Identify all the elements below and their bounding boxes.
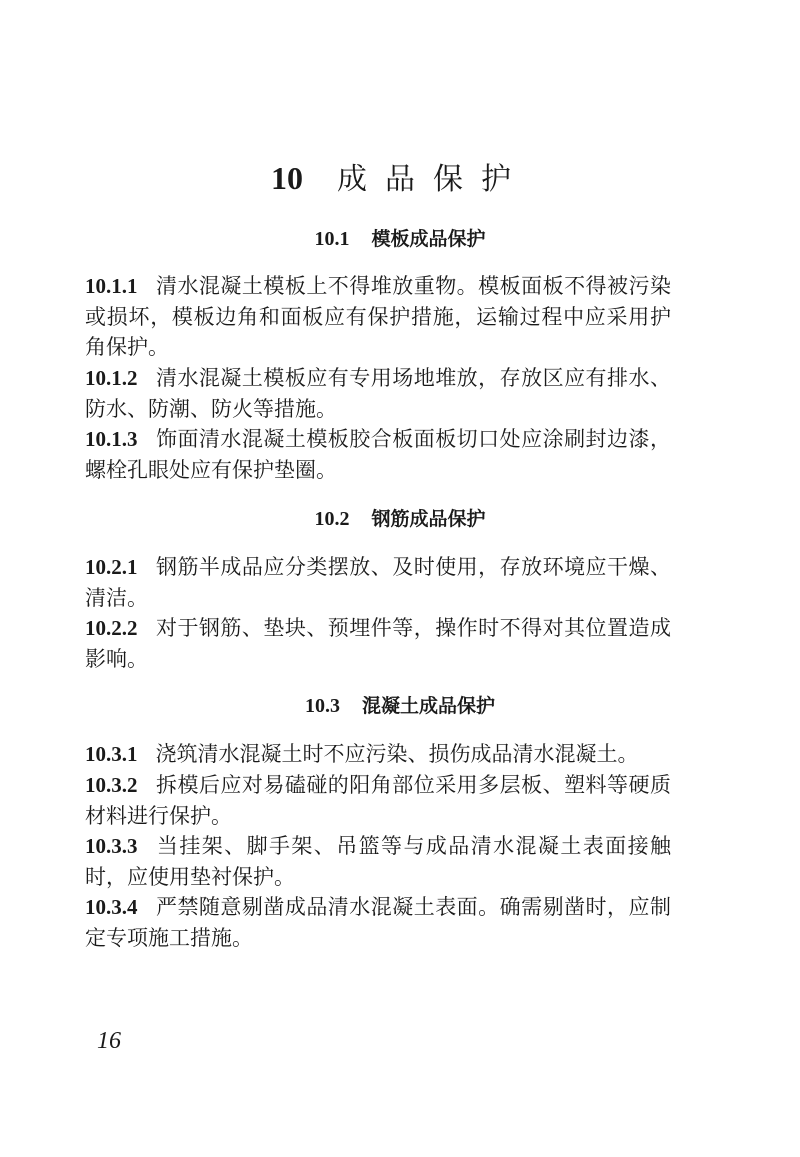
clause-10-3-3: 10.3.3当挂架、脚手架、吊篮等与成品清水混凝土表面接触时，应使用垫衬保护。 xyxy=(85,831,671,892)
clause-number: 10.3.2 xyxy=(85,773,138,797)
section-title: 模板成品保护 xyxy=(371,228,485,250)
clause-text: 浇筑清水混凝土时不应污染、损伤成品清水混凝土。 xyxy=(156,742,639,766)
clause-10-2-2: 10.2.2对于钢筋、垫块、预埋件等，操作时不得对其位置造成影响。 xyxy=(85,613,671,674)
chapter-title: 10成品保护 xyxy=(0,158,800,200)
section-heading-10-1: 10.1模板成品保护 xyxy=(0,226,800,252)
clause-text: 拆模后应对易磕碰的阳角部位采用多层板、塑料等硬质材料进行保护。 xyxy=(85,773,671,828)
clause-10-3-4: 10.3.4严禁随意剔凿成品清水混凝土表面。确需剔凿时，应制定专项施工措施。 xyxy=(85,892,671,953)
clause-10-2-1: 10.2.1钢筋半成品应分类摆放、及时使用，存放环境应干燥、清洁。 xyxy=(85,552,671,613)
clause-10-1-2: 10.1.2清水混凝土模板应有专用场地堆放，存放区应有排水、防水、防潮、防火等措… xyxy=(85,363,671,424)
clause-text: 清水混凝土模板应有专用场地堆放，存放区应有排水、防水、防潮、防火等措施。 xyxy=(85,366,671,421)
clause-text: 清水混凝土模板上不得堆放重物。模板面板不得被污染或损坏，模板边角和面板应有保护措… xyxy=(85,274,671,359)
section-number: 10.2 xyxy=(314,508,349,530)
clause-text: 饰面清水混凝土模板胶合板面板切口处应涂刷封边漆，螺栓孔眼处应有保护垫圈。 xyxy=(85,427,671,482)
document-page: 10成品保护 10.1模板成品保护 10.1.1清水混凝土模板上不得堆放重物。模… xyxy=(0,0,800,1157)
clause-text: 当挂架、脚手架、吊篮等与成品清水混凝土表面接触时，应使用垫衬保护。 xyxy=(85,834,671,889)
clause-text: 钢筋半成品应分类摆放、及时使用，存放环境应干燥、清洁。 xyxy=(85,555,671,610)
clause-text: 严禁随意剔凿成品清水混凝土表面。确需剔凿时，应制定专项施工措施。 xyxy=(85,895,671,950)
clause-number: 10.1.1 xyxy=(85,274,138,298)
clause-number: 10.2.1 xyxy=(85,555,138,579)
clause-10-3-2: 10.3.2拆模后应对易磕碰的阳角部位采用多层板、塑料等硬质材料进行保护。 xyxy=(85,770,671,831)
section-heading-10-2: 10.2钢筋成品保护 xyxy=(0,506,800,532)
clause-number: 10.3.1 xyxy=(85,742,138,766)
section-number: 10.1 xyxy=(314,228,349,250)
clause-10-3-1: 10.3.1浇筑清水混凝土时不应污染、损伤成品清水混凝土。 xyxy=(85,739,671,770)
clause-number: 10.3.3 xyxy=(85,834,138,858)
clause-number: 10.3.4 xyxy=(85,895,138,919)
clause-text: 对于钢筋、垫块、预埋件等，操作时不得对其位置造成影响。 xyxy=(85,616,671,671)
clause-number: 10.2.2 xyxy=(85,616,138,640)
section-heading-10-3: 10.3混凝土成品保护 xyxy=(0,693,800,719)
clause-10-1-3: 10.1.3饰面清水混凝土模板胶合板面板切口处应涂刷封边漆，螺栓孔眼处应有保护垫… xyxy=(85,424,671,485)
chapter-title-text: 成品保护 xyxy=(337,162,529,197)
clause-10-1-1: 10.1.1清水混凝土模板上不得堆放重物。模板面板不得被污染或损坏，模板边角和面… xyxy=(85,271,671,363)
clause-number: 10.1.3 xyxy=(85,427,138,451)
chapter-number: 10 xyxy=(271,160,303,196)
clause-number: 10.1.2 xyxy=(85,366,138,390)
page-number: 16 xyxy=(97,1028,121,1055)
section-title: 钢筋成品保护 xyxy=(371,508,485,530)
section-number: 10.3 xyxy=(305,695,340,717)
section-title: 混凝土成品保护 xyxy=(362,695,495,717)
